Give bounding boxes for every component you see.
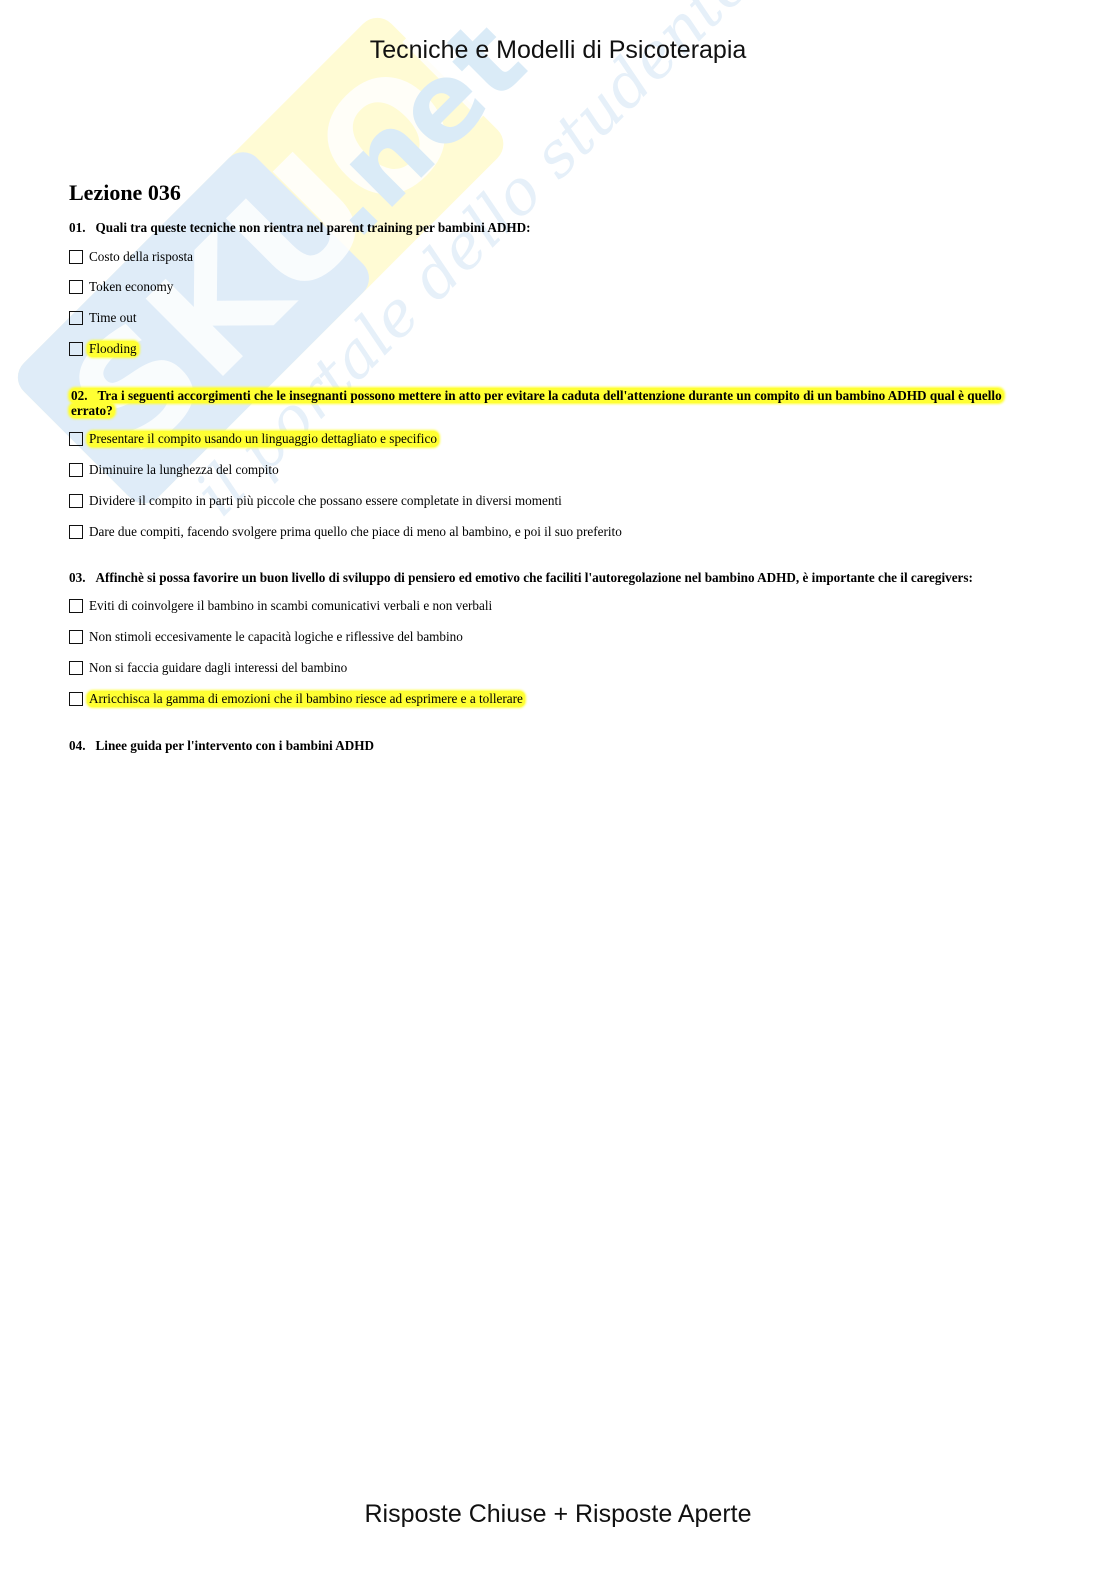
checkbox[interactable]: [69, 463, 83, 477]
option-text: Token economy: [87, 279, 175, 295]
option-text: Time out: [87, 310, 139, 326]
option-q02-b[interactable]: Diminuire la lunghezza del compito: [69, 462, 281, 478]
option-q03-d[interactable]: Arricchisca la gamma di emozioni che il …: [69, 691, 525, 707]
question-number: 02.: [71, 388, 87, 403]
question-number: 04.: [69, 738, 85, 753]
option-text: Dare due compiti, facendo svolgere prima…: [87, 524, 624, 540]
question-03: 03.Affinchè si possa favorire un buon li…: [69, 570, 1069, 585]
checkbox[interactable]: [69, 599, 83, 613]
checkbox[interactable]: [69, 311, 83, 325]
option-text: Eviti di coinvolgere il bambino in scamb…: [87, 598, 494, 614]
option-q03-a[interactable]: Eviti di coinvolgere il bambino in scamb…: [69, 598, 494, 614]
question-text: Quali tra queste tecniche non rientra ne…: [95, 220, 530, 235]
question-number: 03.: [69, 570, 85, 585]
question-01: 01.Quali tra queste tecniche non rientra…: [69, 220, 1029, 235]
option-text: Dividere il compito in parti più piccole…: [87, 493, 564, 509]
lesson-title: Lezione 036: [69, 180, 181, 206]
question-number: 01.: [69, 220, 85, 235]
option-q02-c[interactable]: Dividere il compito in parti più piccole…: [69, 493, 564, 509]
checkbox[interactable]: [69, 692, 83, 706]
option-text: Non si faccia guidare dagli interessi de…: [87, 660, 349, 676]
question-02: 02.Tra i seguenti accorgimenti che le in…: [69, 388, 1029, 418]
option-text: Costo della risposta: [87, 249, 195, 265]
checkbox[interactable]: [69, 494, 83, 508]
checkbox[interactable]: [69, 432, 83, 446]
checkbox[interactable]: [69, 280, 83, 294]
page-header: Tecniche e Modelli di Psicoterapia: [0, 36, 1116, 65]
question-04: 04.Linee guida per l'intervento con i ba…: [69, 738, 1029, 753]
checkbox[interactable]: [69, 630, 83, 644]
option-q03-c[interactable]: Non si faccia guidare dagli interessi de…: [69, 660, 349, 676]
option-text-highlighted: Arricchisca la gamma di emozioni che il …: [87, 691, 525, 707]
option-q01-a[interactable]: Costo della risposta: [69, 249, 195, 265]
option-text: Diminuire la lunghezza del compito: [87, 462, 281, 478]
option-text-highlighted: Presentare il compito usando un linguagg…: [87, 431, 439, 447]
checkbox[interactable]: [69, 342, 83, 356]
option-q01-b[interactable]: Token economy: [69, 279, 175, 295]
option-q02-a[interactable]: Presentare il compito usando un linguagg…: [69, 431, 439, 447]
question-text: Affinchè si possa favorire un buon livel…: [95, 570, 972, 585]
checkbox[interactable]: [69, 525, 83, 539]
page-footer: Risposte Chiuse + Risposte Aperte: [0, 1500, 1116, 1529]
checkbox[interactable]: [69, 250, 83, 264]
option-text-highlighted: Flooding: [87, 341, 139, 357]
option-q01-d[interactable]: Flooding: [69, 341, 139, 357]
option-q03-b[interactable]: Non stimoli eccesivamente le capacità lo…: [69, 629, 465, 645]
option-q02-d[interactable]: Dare due compiti, facendo svolgere prima…: [69, 524, 624, 540]
question-text: Linee guida per l'intervento con i bambi…: [95, 738, 374, 753]
checkbox[interactable]: [69, 661, 83, 675]
option-text: Non stimoli eccesivamente le capacità lo…: [87, 629, 465, 645]
document-page: Tecniche e Modelli di Psicoterapia Lezio…: [0, 0, 1116, 1577]
question-highlight: 02.Tra i seguenti accorgimenti che le in…: [69, 388, 1004, 418]
option-q01-c[interactable]: Time out: [69, 310, 139, 326]
question-text: Tra i seguenti accorgimenti che le inseg…: [71, 388, 1002, 418]
